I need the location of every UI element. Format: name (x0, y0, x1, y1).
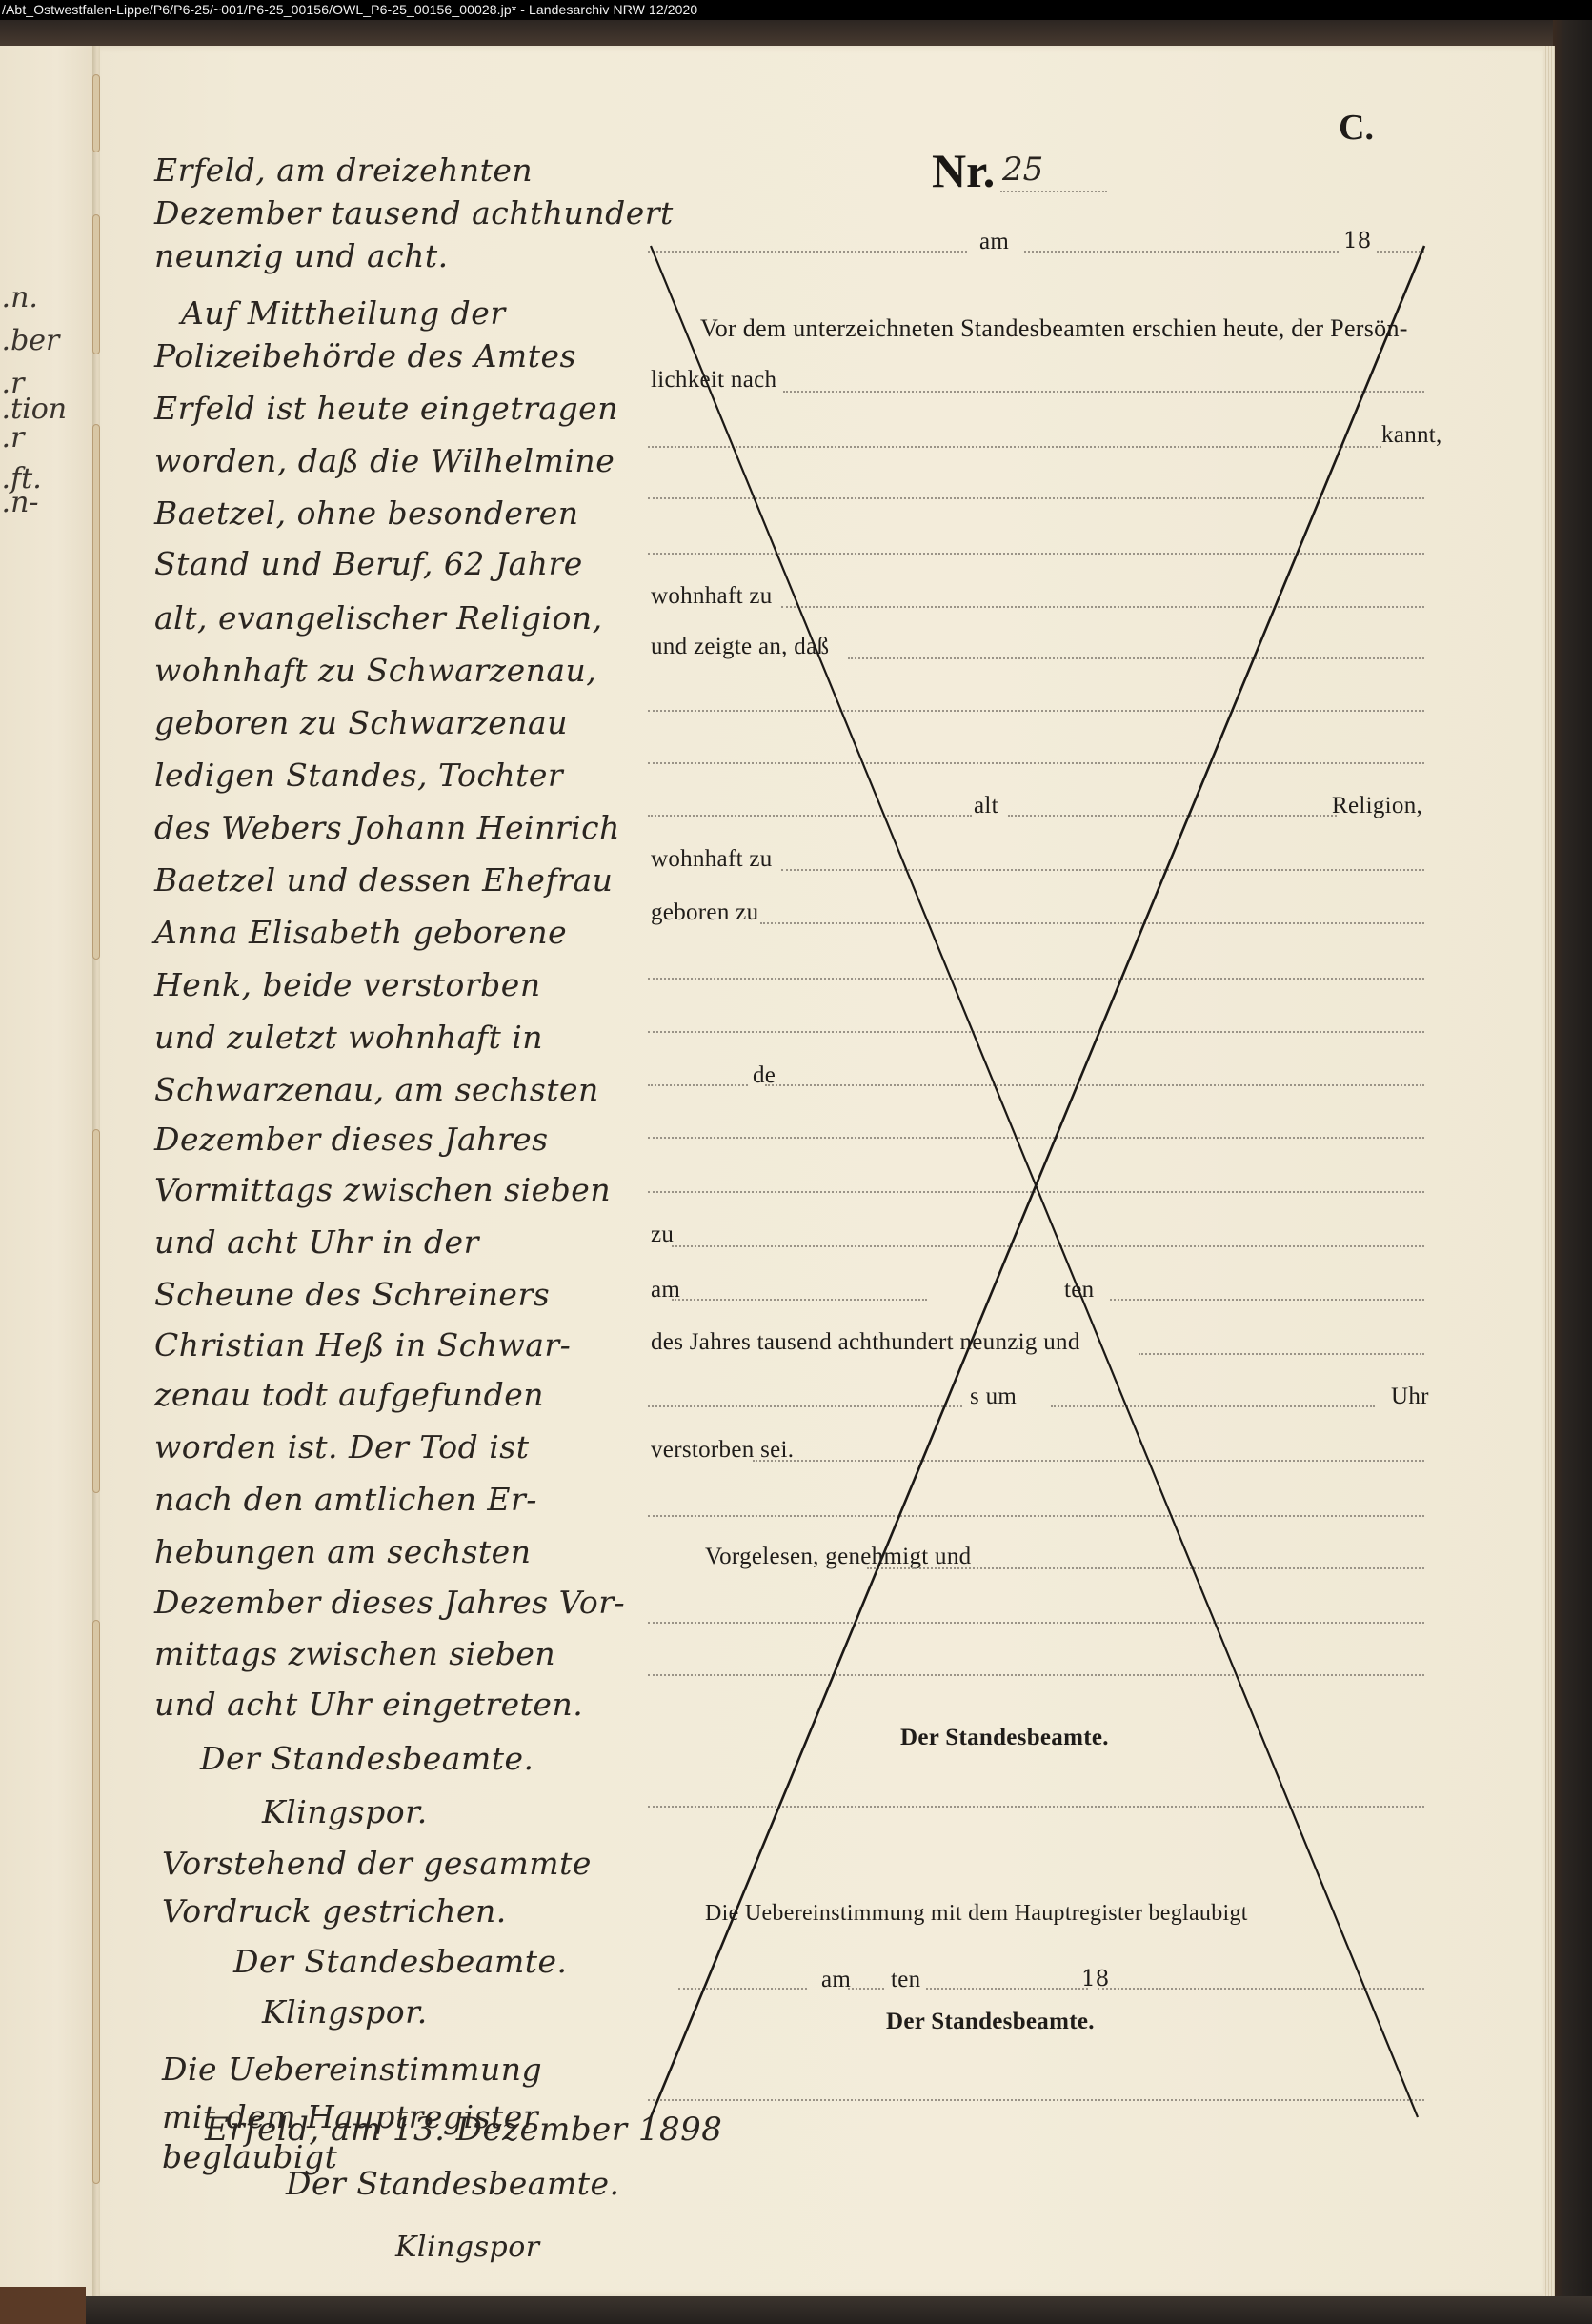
dotted-line (648, 710, 1424, 712)
form-label-geboren: geboren zu (651, 899, 758, 926)
dotted-line (648, 1137, 1424, 1139)
left-page-fragment: ..n- (0, 486, 39, 519)
handwritten-line: alt, evangelischer Religion, (154, 596, 603, 640)
book-cover-corner (0, 2287, 86, 2324)
binding-stitch (92, 1129, 100, 1493)
handwritten-line: Dezember tausend achthundert (154, 191, 674, 235)
handwritten-line: und zuletzt wohnhaft in (154, 1015, 543, 1060)
handwritten-line: Vormittags zwischen sieben (154, 1167, 611, 1212)
dotted-line (648, 2099, 1424, 2101)
dotted-line (1139, 1353, 1424, 1355)
dotted-line (648, 1806, 1424, 1808)
signature-name: Klingspor. (262, 1990, 428, 2034)
form-label-vorgelesen: Vorgelesen, genehmigt und (705, 1544, 971, 1570)
dotted-line (648, 1191, 1424, 1193)
dotted-line (648, 446, 1381, 448)
page-edges (1543, 46, 1555, 2296)
handwritten-line: worden, daß die Wilhelmine (154, 438, 615, 483)
handwritten-line: zenau todt aufgefunden (154, 1372, 544, 1417)
handwritten-line: neunzig und acht. (154, 233, 449, 278)
dotted-line (648, 815, 972, 817)
form-label-cert-am: am (821, 1967, 851, 1993)
handwritten-line: des Webers Johann Heinrich (154, 805, 620, 850)
dotted-line (672, 1245, 1424, 1247)
dotted-line (1098, 1988, 1424, 1990)
corner-mark: C. (1339, 107, 1374, 149)
dotted-line (648, 1405, 962, 1407)
dotted-line (648, 251, 967, 253)
book-cover-right (1553, 20, 1592, 2324)
dotted-line (1024, 251, 1339, 253)
left-page-fragment: ..n. (0, 281, 38, 314)
correction-note-line: Vorstehend der gesammte (162, 1841, 592, 1886)
form-label-zeigte-an: und zeigte an, daß (651, 634, 829, 660)
handwritten-line: geboren zu Schwarzenau (154, 700, 568, 745)
handwritten-line: Dezember dieses Jahres (154, 1117, 549, 1162)
dotted-line (648, 553, 1424, 555)
handwritten-line: Erfeld, am dreizehnten (154, 148, 533, 192)
handwritten-line: Baetzel und dessen Ehefrau (154, 858, 613, 902)
form-label-am: am (979, 229, 1009, 255)
signature-name: Klingspor. (262, 1789, 428, 1834)
form-label-s-um: s um (970, 1384, 1017, 1410)
handwritten-line: Auf Mittheilung der (181, 291, 506, 335)
handwritten-line: Schwarzenau, am sechsten (154, 1067, 599, 1112)
handwritten-line: Anna Elisabeth geborene (154, 910, 567, 955)
dotted-line (926, 1988, 1088, 1990)
handwritten-line: hebungen am sechsten (154, 1529, 531, 1574)
handwritten-line: wohnhaft zu Schwarzenau, (154, 648, 596, 693)
signature-title: Der Standesbeamte. (286, 2161, 620, 2206)
dotted-line (760, 922, 1424, 924)
handwritten-line: ledigen Standes, Tochter (154, 753, 563, 798)
form-label-uebereinstimmung: Die Uebereinstimmung mit dem Hauptregist… (705, 1901, 1248, 1927)
dotted-line (1377, 251, 1424, 253)
handwritten-line: Baetzel, ohne besonderen (154, 491, 578, 536)
form-label-year: 18 (1343, 229, 1371, 253)
dotted-line (781, 869, 1424, 871)
dotted-line (648, 1622, 1424, 1624)
window-title-bar: /Abt_Ostwestfalen-Lippe/P6/P6-25/~001/P6… (0, 0, 1592, 20)
number-label: Nr. (932, 143, 995, 198)
left-page-fragment: ..ber (0, 324, 59, 357)
form-heading-standesbeamte: Der Standesbeamte. (900, 1725, 1109, 1751)
signature: Klingspor (395, 2225, 540, 2270)
form-label-ten: ten (1064, 1277, 1094, 1303)
book-cover-bottom (0, 2296, 1592, 2324)
dotted-line (1008, 815, 1337, 817)
left-page-fragment: ..r (0, 421, 24, 455)
place-date: Erfeld, am 13. Dezember 1898 (205, 2108, 722, 2152)
dotted-line (848, 1988, 884, 1990)
binding-stitch (92, 74, 100, 152)
signature-title: Der Standesbeamte. (200, 1736, 534, 1781)
dotted-line (781, 606, 1424, 608)
handwritten-line: worden ist. Der Tod ist (154, 1425, 529, 1469)
dotted-line (648, 978, 1424, 980)
form-label-kannt: kannt, (1381, 422, 1442, 449)
form-intro: Vor dem unterzeichneten Standesbeamten e… (700, 314, 1408, 343)
dotted-line (648, 1515, 1424, 1517)
form-label-religion: Religion, (1332, 793, 1422, 819)
binding-stitch (92, 1620, 100, 2184)
dotted-line (765, 1084, 1424, 1086)
dotted-line (867, 1567, 1424, 1569)
dotted-line (1051, 1405, 1375, 1407)
dotted-line (648, 1031, 1424, 1033)
number-dotted-line (1000, 191, 1107, 192)
form-heading-standesbeamte: Der Standesbeamte. (886, 2009, 1095, 2035)
dotted-line (648, 497, 1424, 499)
handwritten-line: Henk, beide verstorben (154, 962, 541, 1007)
dotted-line (648, 1674, 1424, 1676)
handwritten-line: mittags zwischen sieben (154, 1631, 555, 1676)
dotted-line (672, 1299, 927, 1301)
dotted-line (848, 657, 1424, 659)
number-value: 25 (1002, 151, 1043, 189)
handwritten-line: und acht Uhr eingetreten. (154, 1682, 583, 1727)
certification-line: Die Uebereinstimmung (162, 2047, 542, 2092)
form-label-wohnhaft: wohnhaft zu (651, 583, 773, 610)
form-label-cert-ten: ten (891, 1967, 920, 1993)
handwritten-line: und acht Uhr in der (154, 1220, 479, 1264)
handwritten-line: Scheune des Schreiners (154, 1272, 550, 1317)
form-intro-cont: lichkeit nach (651, 367, 776, 394)
handwritten-line: Polizeibehörde des Amtes (154, 333, 576, 378)
binding-stitch (92, 214, 100, 354)
form-label-uhr: Uhr (1391, 1384, 1429, 1410)
signature-title: Der Standesbeamte. (233, 1939, 568, 1984)
form-label-wohnhaft: wohnhaft zu (651, 846, 773, 873)
handwritten-line: Erfeld ist heute eingetragen (154, 386, 618, 431)
binding-stitch (92, 424, 100, 960)
form-label-jahres: des Jahres tausend achthundert neunzig u… (651, 1329, 1080, 1356)
correction-note-line: Vordruck gestrichen. (162, 1889, 507, 1933)
handwritten-line: Dezember dieses Jahres Vor- (154, 1580, 625, 1625)
dotted-line (648, 762, 1424, 764)
dotted-line (648, 1084, 748, 1086)
dotted-line (783, 391, 1424, 393)
dotted-line (753, 1460, 1424, 1462)
form-label-zu: zu (651, 1222, 674, 1248)
form-label-alt: alt (974, 793, 998, 819)
handwritten-line: Christian Heß in Schwar- (154, 1323, 571, 1367)
handwritten-line: nach den amtlichen Er- (154, 1477, 537, 1522)
book-cover-top (0, 20, 1592, 49)
dotted-line (678, 1988, 807, 1990)
dotted-line (1110, 1299, 1424, 1301)
handwritten-line: Stand und Beruf, 62 Jahre (154, 541, 583, 586)
